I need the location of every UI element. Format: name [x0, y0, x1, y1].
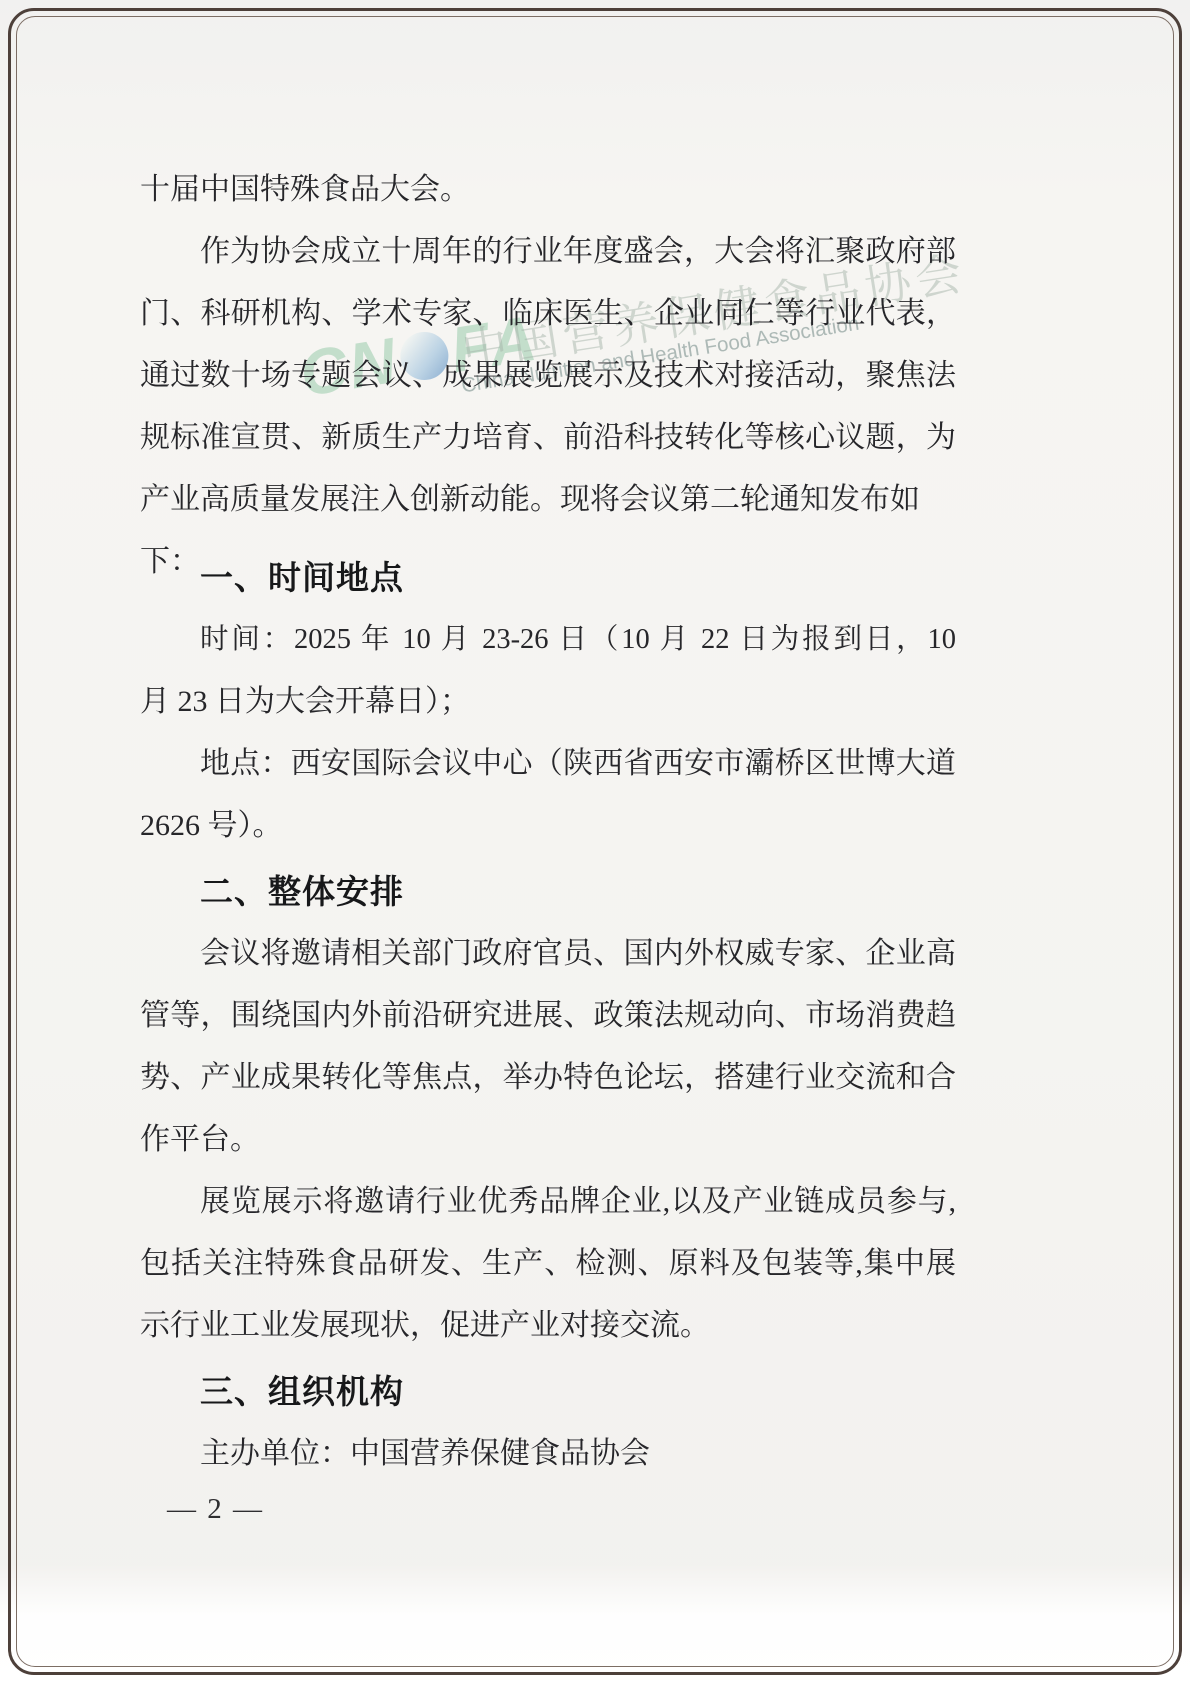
section-heading: 一、时间地点: [140, 547, 956, 609]
text-line: 地点：西安国际会议中心（陕西省西安市灞桥区世博大道: [140, 733, 956, 795]
scanned-notice-page: { "page": { "number_label": "— 2 —" }, "…: [0, 0, 1190, 1683]
text-line: 展览展示将邀请行业优秀品牌企业,以及产业链成员参与,: [140, 1171, 956, 1233]
text-line: 通过数十场专题会议、成果展览展示及技术对接活动，聚焦法: [140, 345, 956, 407]
text-line: 产业高质量发展注入创新动能。现将会议第二轮通知发布如下：: [140, 469, 956, 531]
text-line: 主办单位：中国营养保健食品协会: [140, 1423, 956, 1485]
text-line: 势、产业成果转化等焦点，举办特色论坛，搭建行业交流和合: [140, 1047, 956, 1109]
page-number: — 2 —: [140, 1487, 956, 1531]
text-line: 管等，围绕国内外前沿研究进展、政策法规动向、市场消费趋: [140, 985, 956, 1047]
section-heading: 二、整体安排: [140, 861, 956, 923]
document-body: 十届中国特殊食品大会。作为协会成立十周年的行业年度盛会，大会将汇聚政府部门、科研…: [140, 159, 956, 1531]
text-line: 示行业工业发展现状，促进产业对接交流。: [140, 1295, 956, 1357]
text-line: 规标准宣贯、新质生产力培育、前沿科技转化等核心议题，为: [140, 407, 956, 469]
text-line: 门、科研机构、学术专家、临床医生、企业同仁等行业代表，: [140, 283, 956, 345]
text-line: 会议将邀请相关部门政府官员、国内外权威专家、企业高: [140, 923, 956, 985]
text-line: 作平台。: [140, 1109, 956, 1171]
text-line: 包括关注特殊食品研发、生产、检测、原料及包装等,集中展: [140, 1233, 956, 1295]
text-line: 月 23 日为大会开幕日）；: [140, 671, 956, 733]
text-line: 2626 号）。: [140, 795, 956, 857]
text-line: 十届中国特殊食品大会。: [140, 159, 956, 221]
text-line: 时间：2025 年 10 月 23-26 日（10 月 22 日为报到日，10: [140, 609, 956, 671]
text-line: 作为协会成立十周年的行业年度盛会，大会将汇聚政府部: [140, 221, 956, 283]
document-lines: 十届中国特殊食品大会。作为协会成立十周年的行业年度盛会，大会将汇聚政府部门、科研…: [140, 159, 956, 1485]
section-heading: 三、组织机构: [140, 1361, 956, 1423]
